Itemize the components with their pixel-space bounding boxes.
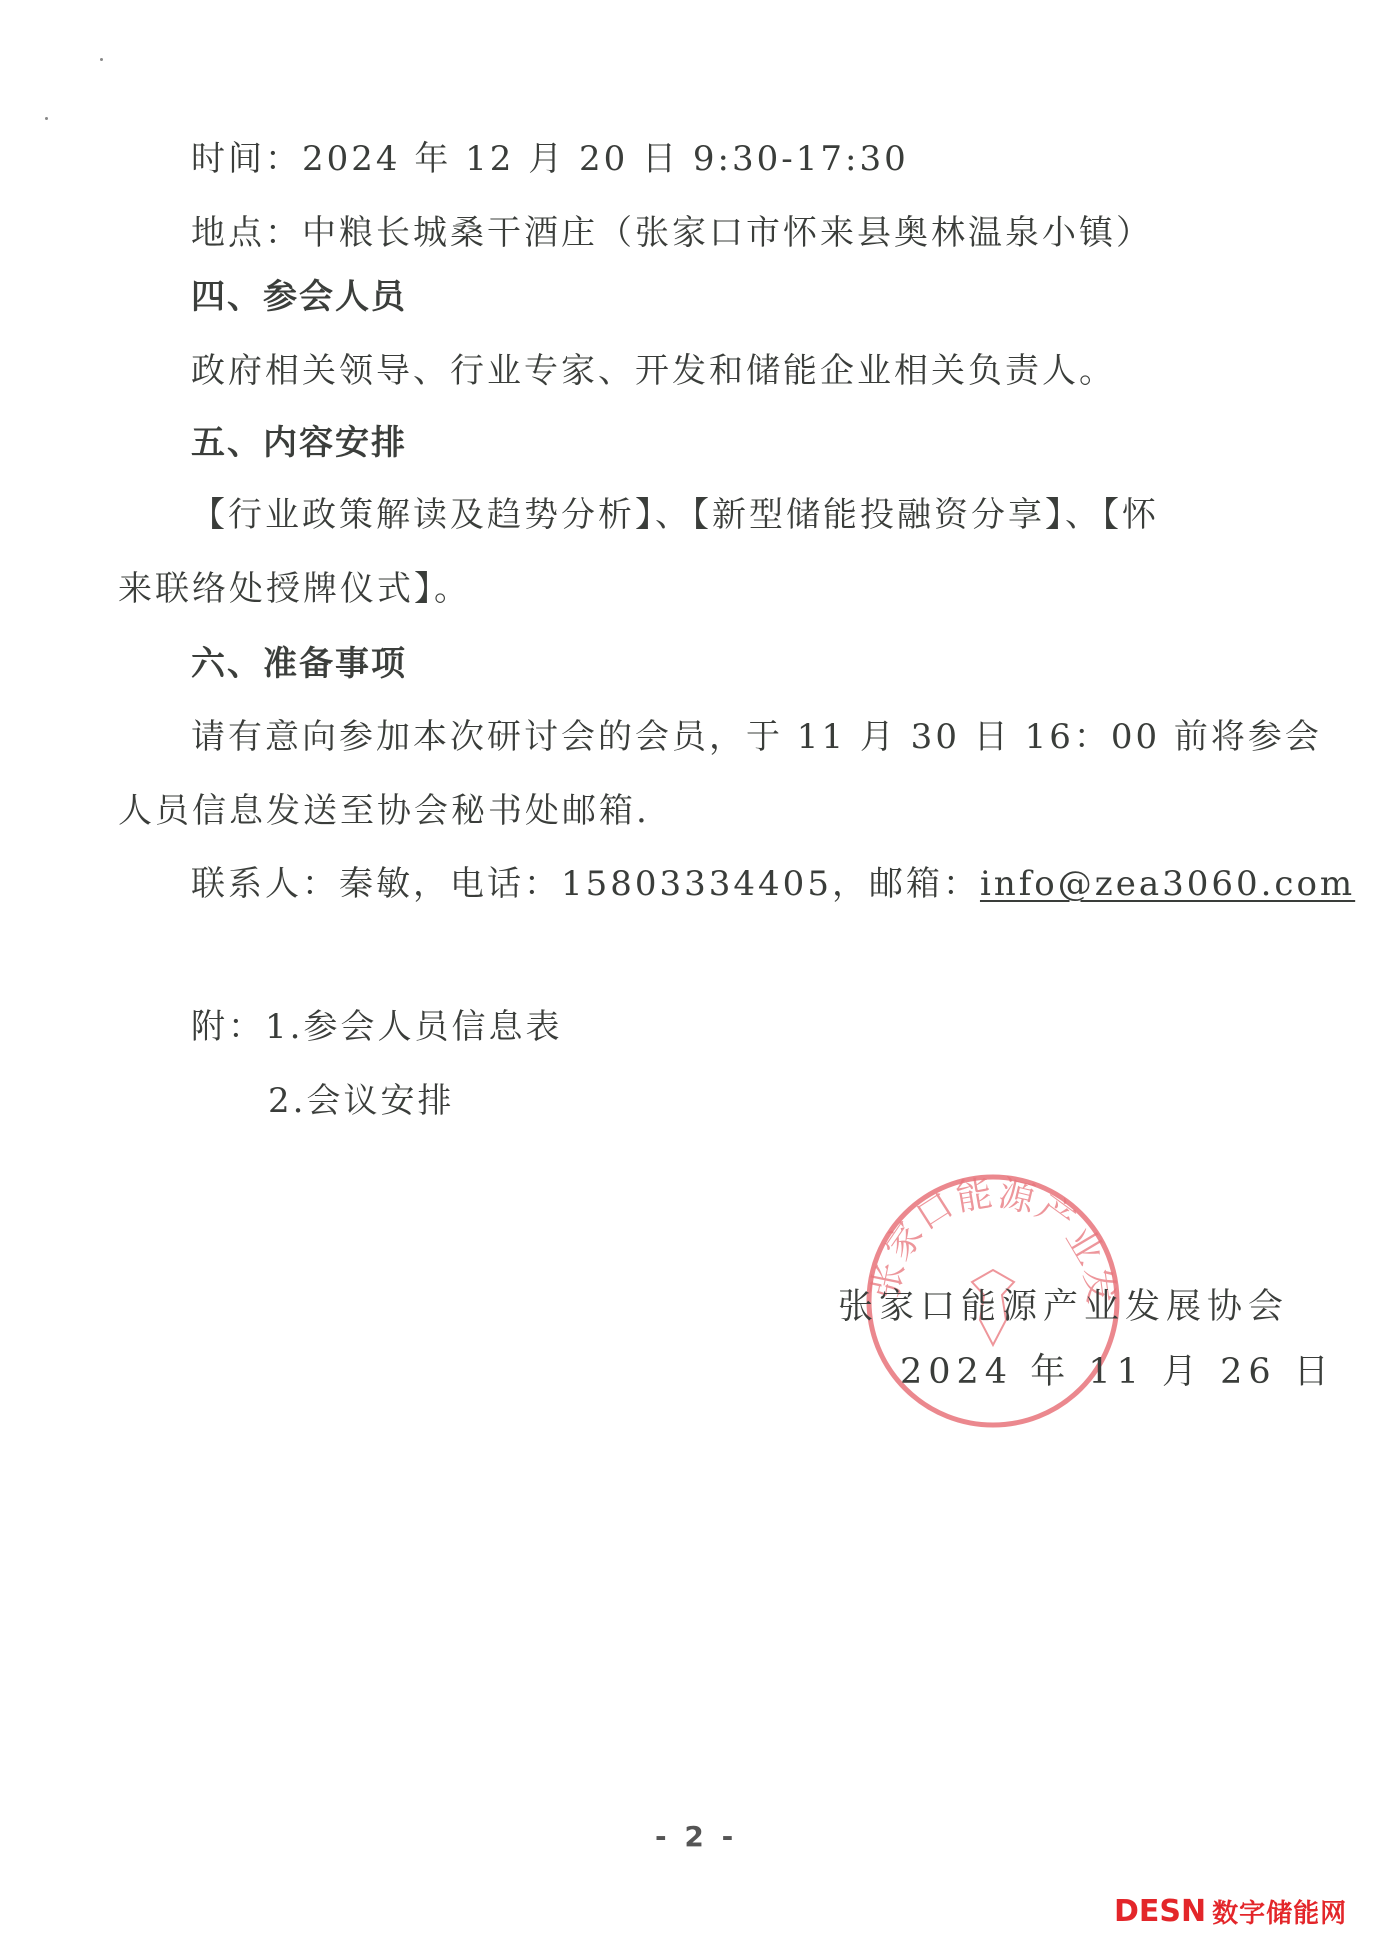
section-heading-attendees: 四、参会人员: [191, 275, 407, 319]
contact-email-link[interactable]: info@zea3060.com: [980, 864, 1355, 904]
attachments-label: 附：: [191, 1007, 265, 1047]
section-heading-content: 五、内容安排: [191, 421, 407, 465]
contact-line: 联系人：秦敏，电话：15803334405，邮箱：info@zea3060.co…: [191, 862, 1355, 906]
signature-organization: 张家口能源产业发展协会: [838, 1285, 1289, 1329]
page-number: - 2 -: [655, 1820, 737, 1853]
preparation-text-line1: 请有意向参加本次研讨会的会员，于 11 月 30 日 16：00 前将参会: [191, 715, 1322, 759]
meeting-location: 地点：中粮长城桑干酒庄（张家口市怀来县奥林温泉小镇）: [191, 211, 1153, 255]
signature-date: 2024 年 11 月 26 日: [900, 1350, 1335, 1394]
scan-speck: [45, 117, 48, 120]
attachment-item: 1.参会人员信息表: [265, 1007, 562, 1047]
meeting-time: 时间：2024 年 12 月 20 日 9:30-17:30: [191, 137, 909, 181]
contact-info: 联系人：秦敏，电话：15803334405，邮箱：: [191, 864, 980, 904]
scan-speck: [100, 58, 103, 61]
attachments-line1: 附：1.参会人员信息表: [191, 1005, 562, 1049]
section-heading-preparation: 六、准备事项: [191, 642, 407, 686]
content-text-line1: 【行业政策解读及趋势分析】、【新型储能投融资分享】、【怀: [191, 493, 1159, 537]
content-text-line2: 来联络处授牌仪式】。: [118, 567, 471, 611]
preparation-text-line2: 人员信息发送至协会秘书处邮箱.: [118, 789, 650, 833]
desn-watermark-logo: DESN 数字储能网: [1114, 1893, 1347, 1930]
attendees-text: 政府相关领导、行业专家、开发和储能企业相关负责人。: [191, 349, 1116, 393]
watermark-chinese: 数字储能网: [1212, 1893, 1347, 1930]
watermark-latin: DESN: [1114, 1894, 1206, 1929]
attachment-item: 2.会议安排: [268, 1079, 454, 1123]
